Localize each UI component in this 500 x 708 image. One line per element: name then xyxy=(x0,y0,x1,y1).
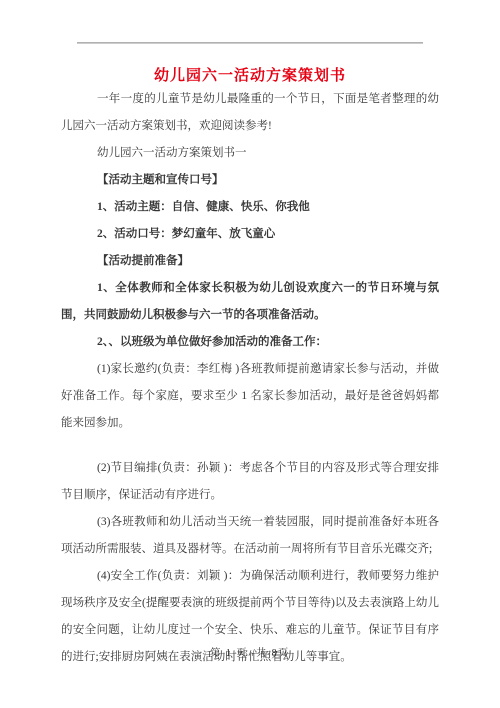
paragraph-invite: (1)家长邀约(负责：李红梅 )各班教师提前邀请家长参与活动，并做好准备工作。每… xyxy=(61,356,439,437)
page-number: 第 1 页 /共 8页 xyxy=(210,648,289,659)
section-heading-prepare: 【活动提前准备】 xyxy=(61,248,439,275)
list-item-theme: 1、活动主题：自信、健康、快乐、你我他 xyxy=(61,194,439,221)
paragraph-program: (2)节目编排(负责：孙颖 )：考虑各个节目的内容及形式等合理安排节目顺序，保证… xyxy=(61,455,439,509)
document-page: 幼儿园六一活动方案策划书 一年一度的儿童节是幼儿最隆重的一个节日，下面是笔者整理… xyxy=(0,0,500,708)
list-item-prepare-2: 2、、以班级为单位做好参加活动的准备工作： xyxy=(61,329,439,356)
section-heading-theme: 【活动主题和宣传口号】 xyxy=(61,167,439,194)
paragraph-intro: 一年一度的儿童节是幼儿最隆重的一个节日，下面是笔者整理的幼儿园六一活动方案策划书… xyxy=(61,86,439,140)
document-body: 一年一度的儿童节是幼儿最隆重的一个节日，下面是笔者整理的幼儿园六一活动方案策划书… xyxy=(61,86,439,671)
header-divider xyxy=(77,42,423,44)
document-title: 幼儿园六一活动方案策划书 xyxy=(0,64,500,85)
paragraph-subtitle: 幼儿园六一活动方案策划书一 xyxy=(61,140,439,167)
page-footer: 第 1 页 /共 8页 xyxy=(0,644,500,659)
paragraph-uniform: (3)各班教师和幼儿活动当天统一着装园服，同时提前准备好本班各项活动所需服装、道… xyxy=(61,509,439,563)
list-item-slogan: 2、活动口号：梦幻童年、放飞童心 xyxy=(61,221,439,248)
list-item-prepare-1: 1、全体教师和全体家长积极为幼儿创设欢度六一的节日环境与氛围，共同鼓励幼儿积极参… xyxy=(61,275,439,329)
